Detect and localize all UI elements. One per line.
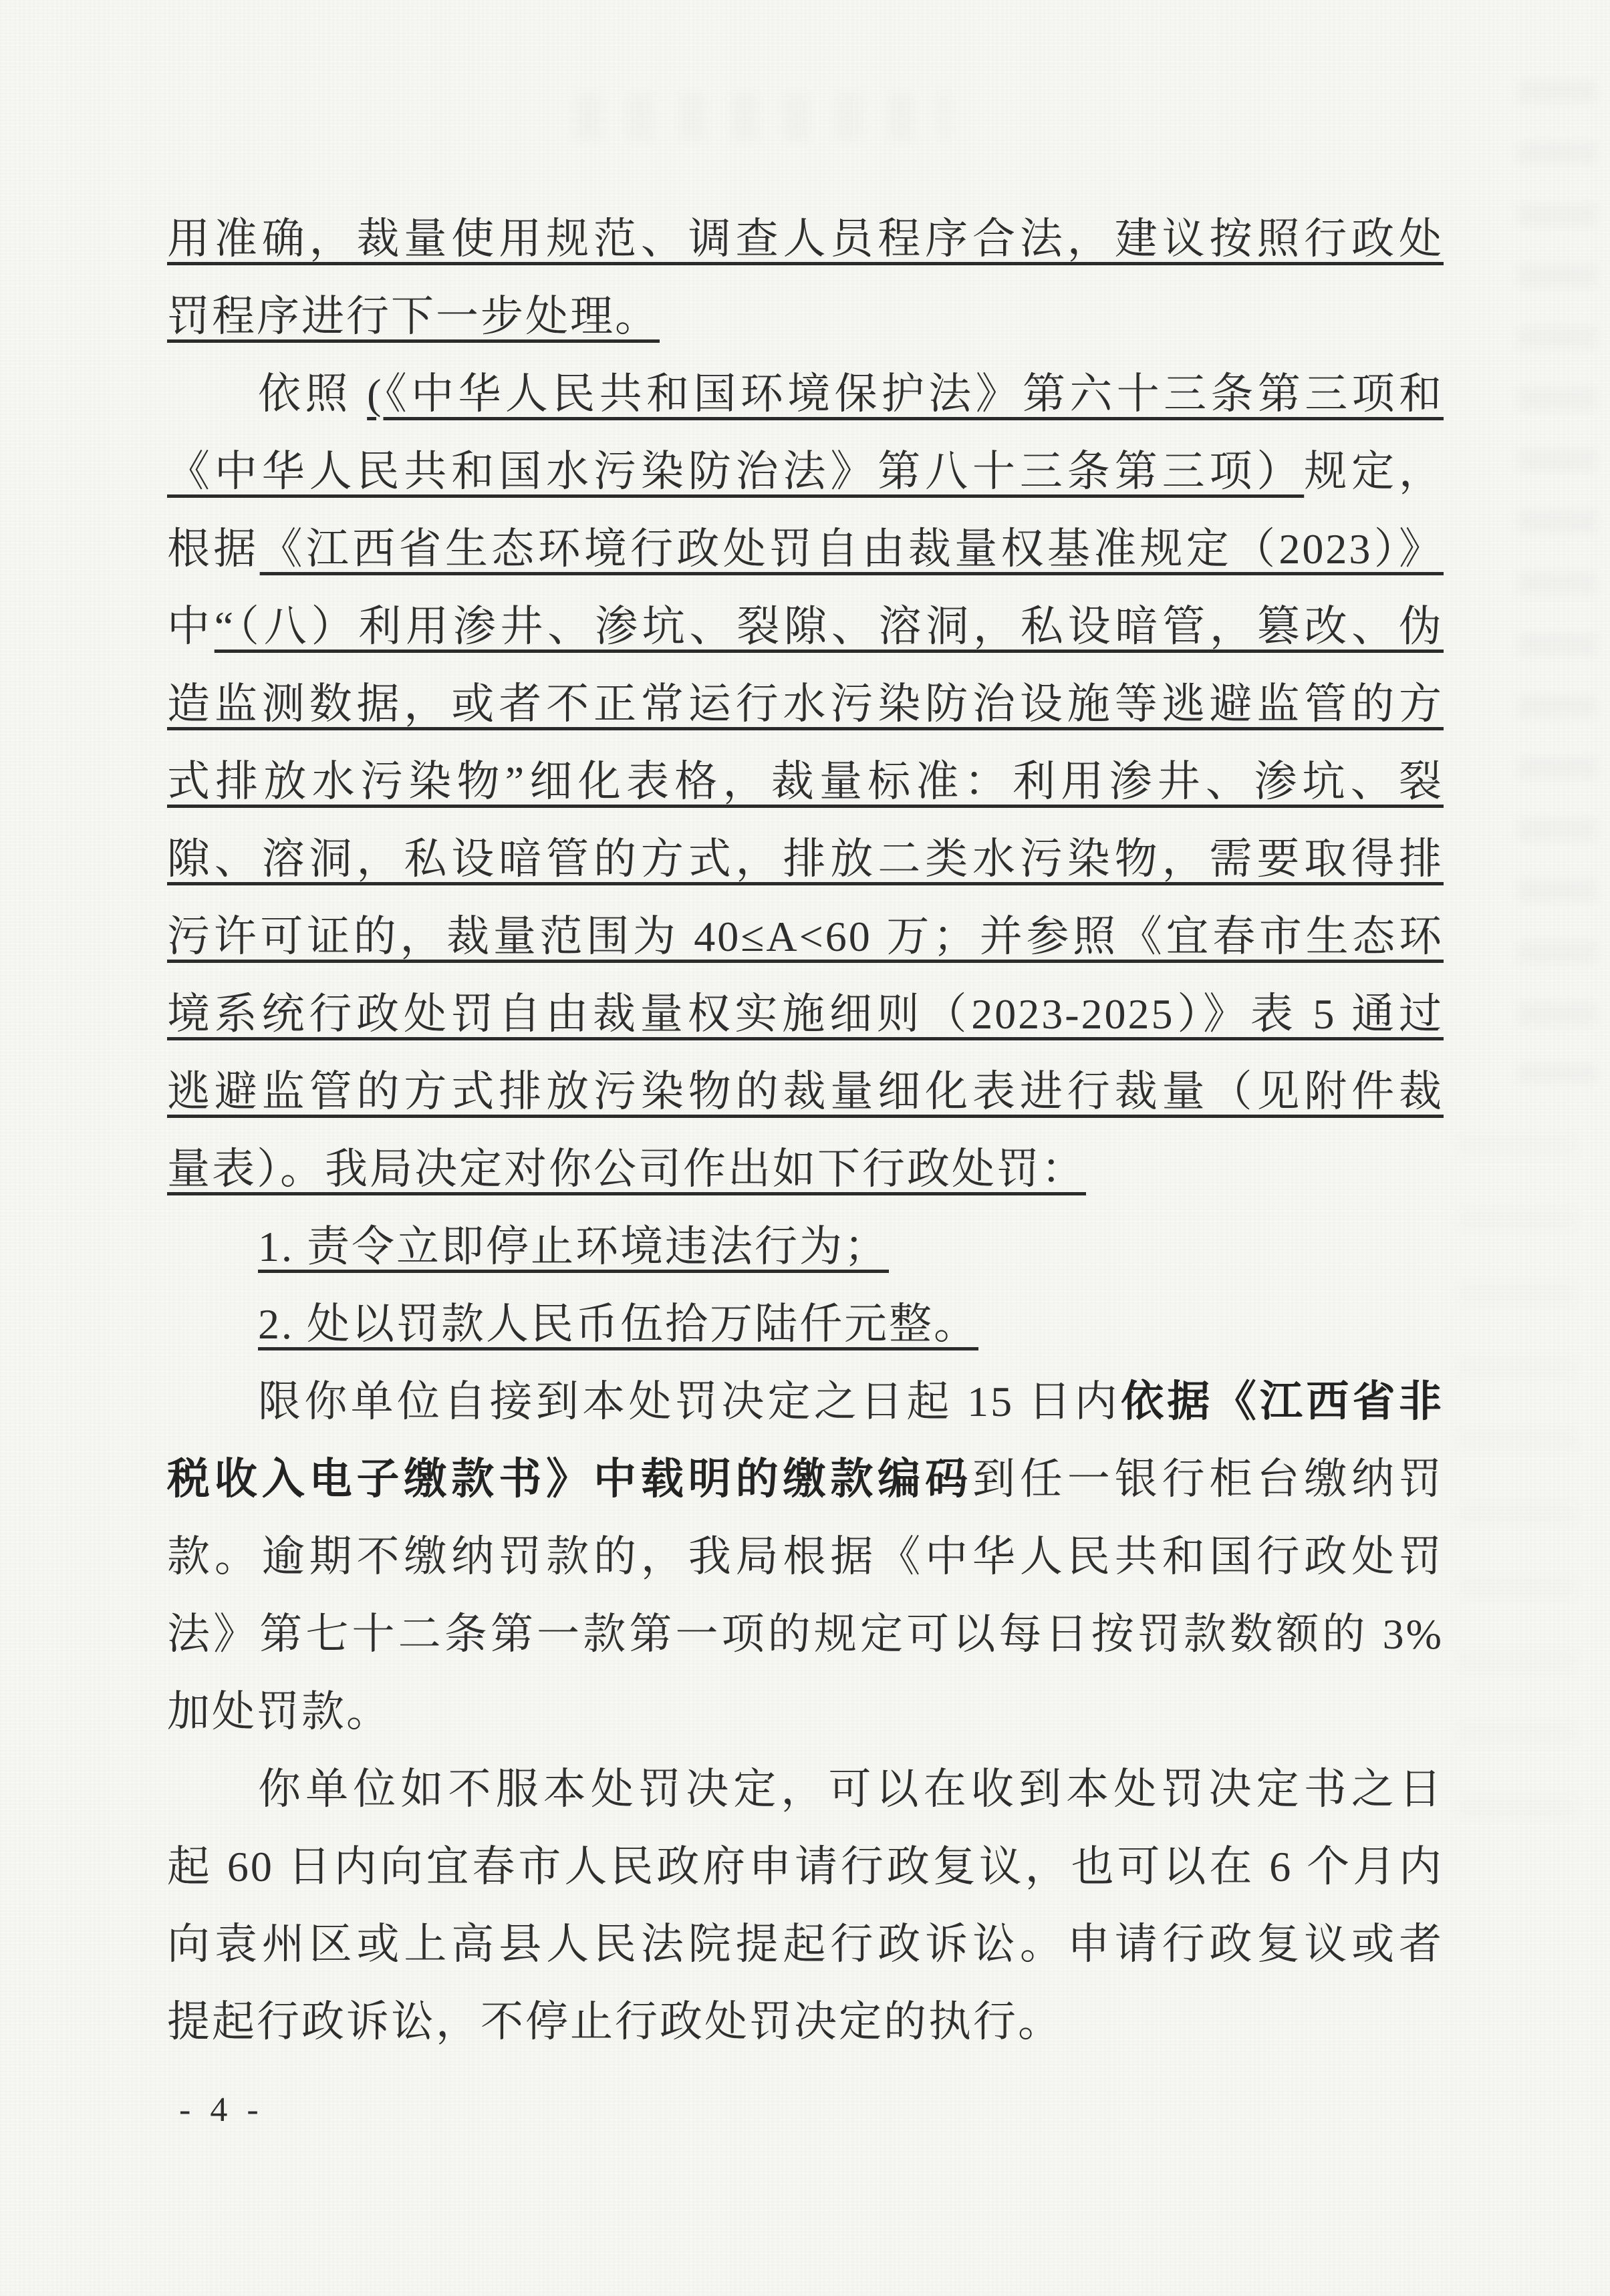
text-segment: 加处罚款。 <box>167 1688 391 1735</box>
text-segment: 提起行政诉讼，不停止行政处罚决定的执行。 <box>167 1998 1063 2045</box>
text-line: 罚程序进行下一步处理。 <box>167 278 1444 355</box>
text-segment: 规定， <box>1304 448 1444 495</box>
text-line: 量表）。我局决定对你公司作出如下行政处罚： <box>167 1131 1444 1208</box>
text-segment: 起 60 日内向宜春市人民政府申请行政复议，也可以在 6 个月内 <box>167 1843 1444 1890</box>
text-line: 税收入电子缴款书》中载明的缴款编码到任一银行柜台缴纳罚 <box>167 1441 1444 1518</box>
text-segment: 向袁州区或上高县人民法院提起行政诉讼。申请行政复议或者 <box>167 1920 1444 1968</box>
text-segment: 2. 处以罚款人民币伍拾万陆仟元整。 <box>258 1300 978 1348</box>
text-line: 逃避监管的方式排放污染物的裁量细化表进行裁量（见附件裁 <box>167 1053 1444 1131</box>
bleed-through-artifact <box>575 94 949 140</box>
text-line: 依照 (《中华人民共和国环境保护法》第六十三条第三项和 <box>167 355 1444 433</box>
text-segment: 1. 责令立即停止环境违法行为； <box>258 1223 889 1270</box>
text-line: 限你单位自接到本处罚决定之日起 15 日内依据《江西省非 <box>167 1363 1444 1441</box>
text-line: 你单位如不服本处罚决定，可以在收到本处罚决定书之日 <box>167 1751 1444 1828</box>
text-line: 1. 责令立即停止环境违法行为； <box>167 1208 1444 1286</box>
text-segment: 式排放水污染物”细化表格，裁量标准：利用渗井、渗坑、裂 <box>167 758 1444 805</box>
text-segment: “（八）利用渗井、渗坑、裂隙、溶洞，私设暗管，篡改、伪 <box>215 603 1444 650</box>
text-segment: 依据《江西省非 <box>1121 1378 1444 1425</box>
text-line: 《中华人民共和国水污染防治法》第八十三条第三项）规定， <box>167 433 1444 511</box>
text-line: 加处罚款。 <box>167 1673 1444 1751</box>
text-line: 2. 处以罚款人民币伍拾万陆仟元整。 <box>167 1286 1444 1363</box>
text-segment: 用准确，裁量使用规范、调查人员程序合法，建议按照行政处 <box>167 215 1444 263</box>
document-page: 用准确，裁量使用规范、调查人员程序合法，建议按照行政处罚程序进行下一步处理。依照… <box>0 0 1610 2296</box>
text-segment: 款。逾期不缴纳罚款的，我局根据《中华人民共和国行政处罚 <box>167 1533 1444 1580</box>
text-line: 提起行政诉讼，不停止行政处罚决定的执行。 <box>167 1983 1444 2061</box>
text-segment: 中 <box>167 603 215 650</box>
text-segment: 污许可证的，裁量范围为 40≤A<60 万；并参照《宜春市生态环 <box>167 913 1444 960</box>
text-segment: 依照 <box>258 370 367 418</box>
text-line: 根据《江西省生态环境行政处罚自由裁量权基准规定（2023）》 <box>167 511 1444 588</box>
text-segment: (《中华人民共和国环境保护法》第六十三条第三项和 <box>367 370 1444 418</box>
text-line: 法》第七十二条第一款第一项的规定可以每日按罚款数额的 3% <box>167 1596 1444 1673</box>
bleed-through-artifact <box>1457 1136 1577 1871</box>
text-segment: 你单位如不服本处罚决定，可以在收到本处罚决定书之日 <box>258 1765 1444 1813</box>
text-line: 造监测数据，或者不正常运行水污染防治设施等逃避监管的方 <box>167 666 1444 743</box>
document-body: 用准确，裁量使用规范、调查人员程序合法，建议按照行政处罚程序进行下一步处理。依照… <box>167 200 1444 2061</box>
text-line: 起 60 日内向宜春市人民政府申请行政复议，也可以在 6 个月内 <box>167 1828 1444 1906</box>
text-segment: 隙、溶洞，私设暗管的方式，排放二类水污染物，需要取得排 <box>167 835 1444 883</box>
text-line: 中“（八）利用渗井、渗坑、裂隙、溶洞，私设暗管，篡改、伪 <box>167 588 1444 666</box>
text-segment: 境系统行政处罚自由裁量权实施细则（2023-2025）》表 5 通过 <box>167 990 1444 1038</box>
text-segment: 法》第七十二条第一款第一项的规定可以每日按罚款数额的 3% <box>167 1610 1444 1658</box>
text-segment: 根据 <box>167 525 260 573</box>
text-line: 款。逾期不缴纳罚款的，我局根据《中华人民共和国行政处罚 <box>167 1518 1444 1596</box>
text-segment: 《中华人民共和国水污染防治法》第八十三条第三项） <box>167 448 1304 495</box>
page-number: - 4 - <box>179 2084 264 2137</box>
text-line: 向袁州区或上高县人民法院提起行政诉讼。申请行政复议或者 <box>167 1906 1444 1983</box>
text-line: 用准确，裁量使用规范、调查人员程序合法，建议按照行政处 <box>167 200 1444 278</box>
text-segment: 限你单位自接到本处罚决定之日起 15 日内 <box>258 1378 1121 1425</box>
text-segment: 造监测数据，或者不正常运行水污染防治设施等逃避监管的方 <box>167 680 1444 728</box>
text-segment: 到任一银行柜台缴纳罚 <box>972 1455 1444 1503</box>
text-segment: 税收入电子缴款书》中载明的缴款编码 <box>167 1455 972 1503</box>
bleed-through-artifact <box>1517 80 1597 1083</box>
text-line: 污许可证的，裁量范围为 40≤A<60 万；并参照《宜春市生态环 <box>167 898 1444 976</box>
text-segment: 《江西省生态环境行政处罚自由裁量权基准规定（2023）》 <box>260 525 1444 573</box>
text-segment: 逃避监管的方式排放污染物的裁量细化表进行裁量（见附件裁 <box>167 1068 1444 1115</box>
text-segment: 罚程序进行下一步处理。 <box>167 293 660 340</box>
text-line: 境系统行政处罚自由裁量权实施细则（2023-2025）》表 5 通过 <box>167 976 1444 1053</box>
text-line: 式排放水污染物”细化表格，裁量标准：利用渗井、渗坑、裂 <box>167 743 1444 821</box>
text-segment: 量表）。我局决定对你公司作出如下行政处罚： <box>167 1145 1086 1193</box>
text-line: 隙、溶洞，私设暗管的方式，排放二类水污染物，需要取得排 <box>167 821 1444 898</box>
